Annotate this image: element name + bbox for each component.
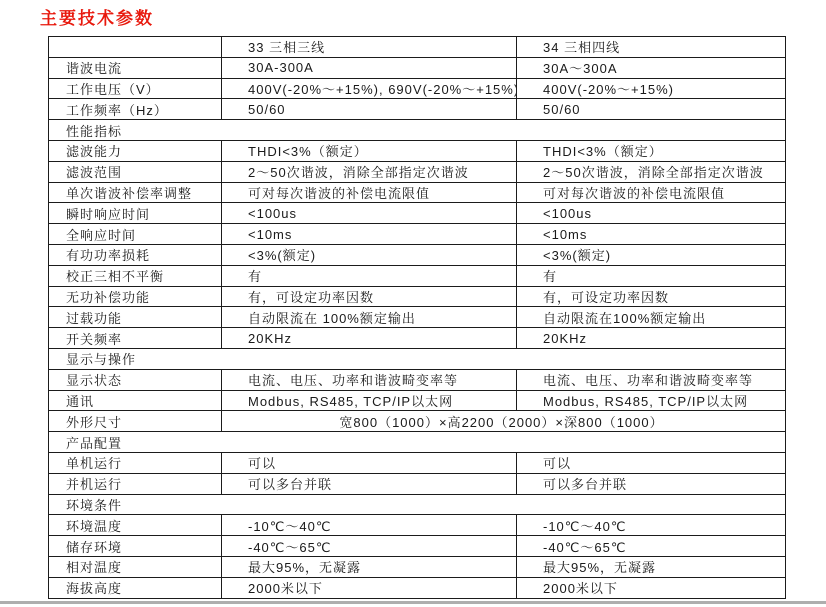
row-value-34: 2～50次谐波，消除全部指定次谐波 — [517, 161, 786, 182]
table-row: 单机运行可以可以 — [49, 452, 786, 473]
row-label: 工作电压（V） — [49, 78, 222, 99]
table-row: 海拔高度2000米以下2000米以下 — [49, 577, 786, 598]
row-value-33: 自动限流在 100%额定输出 — [222, 307, 517, 328]
column-header-33: 33 三相三线 — [222, 37, 517, 58]
row-label: 滤波范围 — [49, 161, 222, 182]
row-value-33: 50/60 — [222, 99, 517, 120]
row-value-34: -40℃～65℃ — [517, 536, 786, 557]
row-value-33: 有，可设定功率因数 — [222, 286, 517, 307]
row-value-33: 可以多台并联 — [222, 473, 517, 494]
row-value-33: 可以 — [222, 452, 517, 473]
row-value-33: <10ms — [222, 224, 517, 245]
table-row: 性能指标 — [49, 120, 786, 141]
row-value-33: <3%(额定) — [222, 244, 517, 265]
row-value-34: <10ms — [517, 224, 786, 245]
row-value-34: THDI<3%（额定） — [517, 140, 786, 161]
table-row: 储存环境-40℃～65℃-40℃～65℃ — [49, 536, 786, 557]
table-row: 校正三相不平衡有有 — [49, 265, 786, 286]
table-row: 滤波能力THDI<3%（额定）THDI<3%（额定） — [49, 140, 786, 161]
row-label: 开关频率 — [49, 328, 222, 349]
row-label: 储存环境 — [49, 536, 222, 557]
row-label: 并机运行 — [49, 473, 222, 494]
section-header: 环境条件 — [49, 494, 786, 515]
table-row: 显示与操作 — [49, 348, 786, 369]
section-header: 显示与操作 — [49, 348, 786, 369]
row-value-34: 可对每次谐波的补偿电流限值 — [517, 182, 786, 203]
table-row: 工作频率（Hz）50/6050/60 — [49, 99, 786, 120]
spec-table: 33 三相三线34 三相四线谐波电流30A-300A30A～300A工作电压（V… — [48, 36, 786, 599]
table-row: 并机运行可以多台并联可以多台并联 — [49, 473, 786, 494]
row-value-33: Modbus, RS485, TCP/IP以太网 — [222, 390, 517, 411]
row-value-33: -10℃～40℃ — [222, 515, 517, 536]
row-value-34: 可以 — [517, 452, 786, 473]
row-value-34: 有 — [517, 265, 786, 286]
table-row: 谐波电流30A-300A30A～300A — [49, 57, 786, 78]
row-label: 海拔高度 — [49, 577, 222, 598]
row-label: 显示状态 — [49, 369, 222, 390]
row-value-34: 50/60 — [517, 99, 786, 120]
row-value-34: 自动限流在100%额定输出 — [517, 307, 786, 328]
row-value-33: 有 — [222, 265, 517, 286]
table-row: 单次谐波补偿率调整可对每次谐波的补偿电流限值可对每次谐波的补偿电流限值 — [49, 182, 786, 203]
page-title: 主要技术参数 — [40, 8, 826, 29]
table-row: 瞬时响应时间<100us<100us — [49, 203, 786, 224]
row-label: 工作频率（Hz） — [49, 99, 222, 120]
table-row: 有功功率损耗<3%(额定)<3%(额定) — [49, 244, 786, 265]
row-label: 滤波能力 — [49, 140, 222, 161]
table-row: 过载功能自动限流在 100%额定输出自动限流在100%额定输出 — [49, 307, 786, 328]
table-row: 显示状态电流、电压、功率和谐波畸变率等电流、电压、功率和谐波畸变率等 — [49, 369, 786, 390]
row-value-34: 30A～300A — [517, 57, 786, 78]
row-value-34: 电流、电压、功率和谐波畸变率等 — [517, 369, 786, 390]
table-row: 通讯Modbus, RS485, TCP/IP以太网Modbus, RS485,… — [49, 390, 786, 411]
row-value-34: 可以多台并联 — [517, 473, 786, 494]
row-label: 单机运行 — [49, 452, 222, 473]
row-value-34: <100us — [517, 203, 786, 224]
table-row: 产品配置 — [49, 432, 786, 453]
page: 主要技术参数 33 三相三线34 三相四线谐波电流30A-300A30A～300… — [0, 8, 826, 599]
row-value-33: 20KHz — [222, 328, 517, 349]
table-row: 环境条件 — [49, 494, 786, 515]
row-value-34: -10℃～40℃ — [517, 515, 786, 536]
table-row: 相对温度最大95%，无凝露最大95%，无凝露 — [49, 556, 786, 577]
row-value-33: 电流、电压、功率和谐波畸变率等 — [222, 369, 517, 390]
row-value-33: 2～50次谐波，消除全部指定次谐波 — [222, 161, 517, 182]
table-row: 工作电压（V）400V(-20%～+15%), 690V(-20%～+15%)4… — [49, 78, 786, 99]
row-value-33: 400V(-20%～+15%), 690V(-20%～+15%) — [222, 78, 517, 99]
table-row: 开关频率20KHz20KHz — [49, 328, 786, 349]
row-label: 单次谐波补偿率调整 — [49, 182, 222, 203]
row-value-34: 2000米以下 — [517, 577, 786, 598]
row-value-34: 有，可设定功率因数 — [517, 286, 786, 307]
row-value-34: <3%(额定) — [517, 244, 786, 265]
section-header: 性能指标 — [49, 120, 786, 141]
row-value-33: 最大95%，无凝露 — [222, 556, 517, 577]
table-row: 外形尺寸宽800（1000）×高2200（2000）×深800（1000） — [49, 411, 786, 432]
row-label: 瞬时响应时间 — [49, 203, 222, 224]
row-value-34: 20KHz — [517, 328, 786, 349]
row-label: 相对温度 — [49, 556, 222, 577]
row-value-33: <100us — [222, 203, 517, 224]
bottom-divider — [0, 601, 826, 604]
row-value-34: 最大95%，无凝露 — [517, 556, 786, 577]
table-row: 环境温度-10℃～40℃-10℃～40℃ — [49, 515, 786, 536]
row-value-33: 2000米以下 — [222, 577, 517, 598]
table-header-row: 33 三相三线34 三相四线 — [49, 37, 786, 58]
row-value-34: Modbus, RS485, TCP/IP以太网 — [517, 390, 786, 411]
row-value-34: 400V(-20%～+15%) — [517, 78, 786, 99]
row-value-33: -40℃～65℃ — [222, 536, 517, 557]
row-label: 谐波电流 — [49, 57, 222, 78]
table-row: 滤波范围2～50次谐波，消除全部指定次谐波2～50次谐波，消除全部指定次谐波 — [49, 161, 786, 182]
row-value-merged: 宽800（1000）×高2200（2000）×深800（1000） — [222, 411, 786, 432]
row-label: 环境温度 — [49, 515, 222, 536]
row-value-33: 可对每次谐波的补偿电流限值 — [222, 182, 517, 203]
header-empty-cell — [49, 37, 222, 58]
table-row: 全响应时间<10ms<10ms — [49, 224, 786, 245]
row-label: 全响应时间 — [49, 224, 222, 245]
row-label: 通讯 — [49, 390, 222, 411]
row-label: 无功补偿功能 — [49, 286, 222, 307]
row-label: 有功功率损耗 — [49, 244, 222, 265]
spec-table-body: 33 三相三线34 三相四线谐波电流30A-300A30A～300A工作电压（V… — [49, 37, 786, 599]
column-header-34: 34 三相四线 — [517, 37, 786, 58]
row-value-33: THDI<3%（额定） — [222, 140, 517, 161]
row-value-33: 30A-300A — [222, 57, 517, 78]
row-label: 过载功能 — [49, 307, 222, 328]
section-header: 产品配置 — [49, 432, 786, 453]
table-row: 无功补偿功能有，可设定功率因数有，可设定功率因数 — [49, 286, 786, 307]
row-label: 校正三相不平衡 — [49, 265, 222, 286]
row-label: 外形尺寸 — [49, 411, 222, 432]
